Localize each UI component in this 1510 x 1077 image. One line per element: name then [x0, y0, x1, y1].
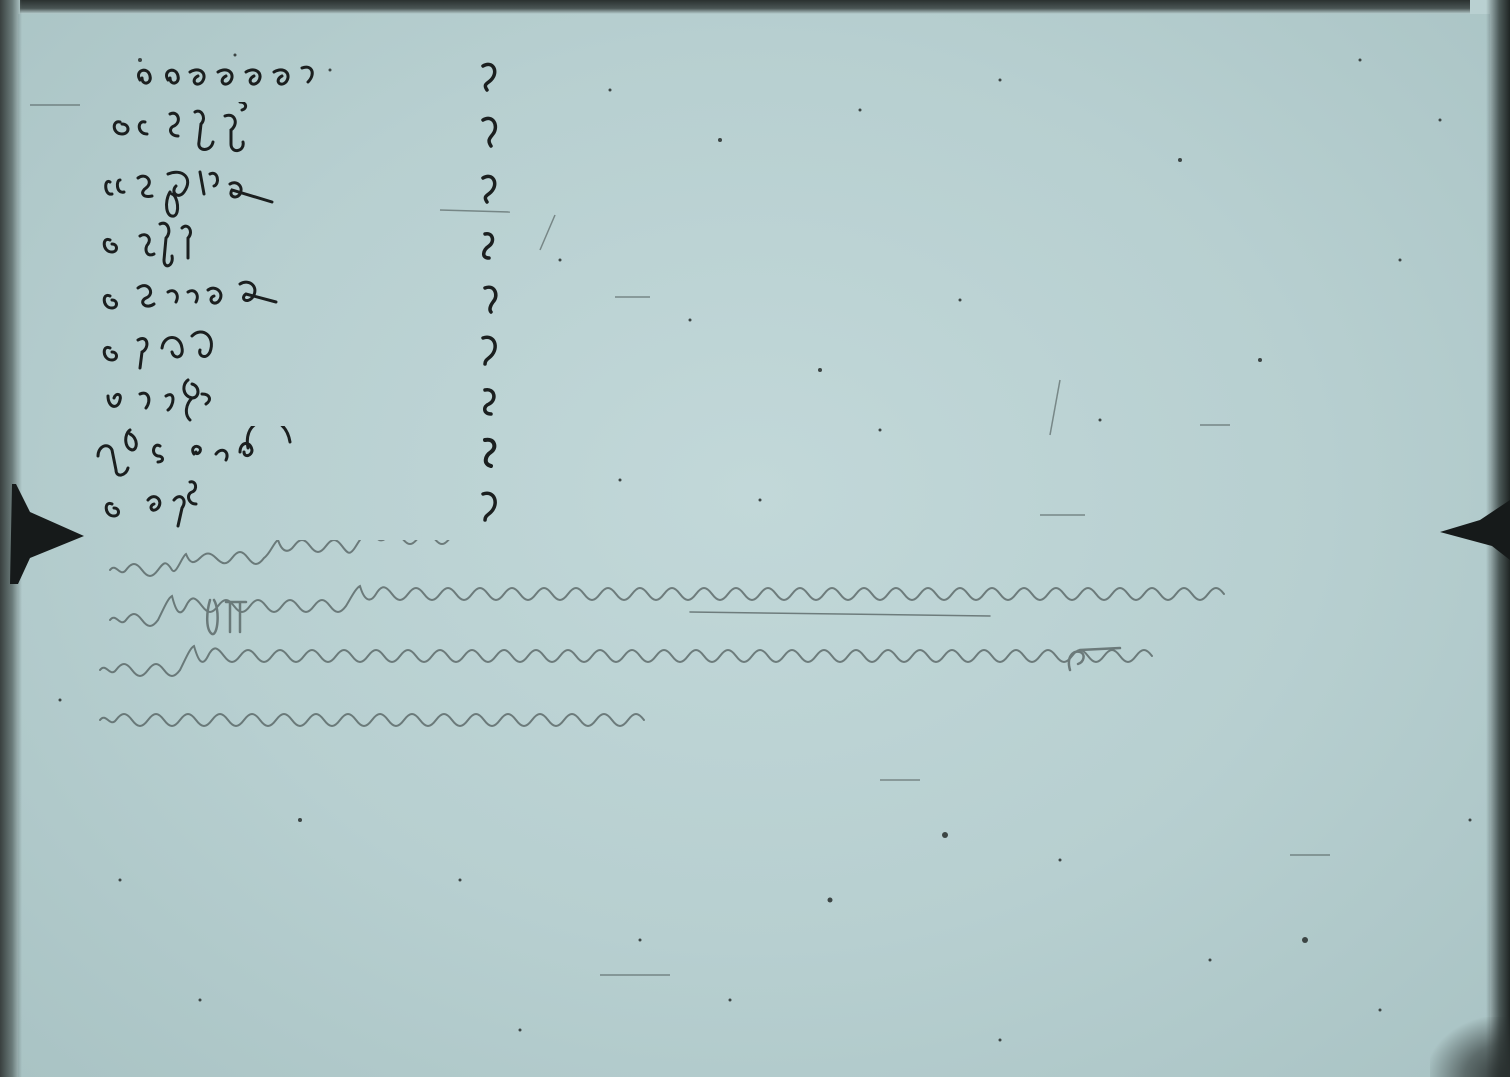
numeral-glyph-icon — [475, 330, 505, 370]
numeral-glyph-icon — [475, 382, 505, 422]
handwritten-list: Handwritten list of entries with numeral… — [80, 50, 530, 520]
numeral-glyph-icon — [475, 278, 505, 318]
list-row: handwritten entry 4 — [80, 218, 530, 270]
top-edge-shadow — [20, 0, 1470, 14]
handwritten-word — [90, 270, 330, 330]
list-row: handwritten entry 8 — [80, 426, 530, 478]
show-through-paragraph: Faint mirrored handwritten paragraph (sh… — [90, 540, 1430, 770]
handwritten-word — [90, 50, 330, 110]
list-row: handwritten entry 2 — [80, 102, 530, 154]
numeral-glyph-icon — [475, 170, 505, 210]
handwritten-word — [90, 374, 330, 434]
list-row: handwritten entry 5 — [80, 270, 530, 322]
bottom-right-corner-shadow — [1430, 1017, 1510, 1077]
list-row: handwritten entry 7 — [80, 374, 530, 426]
numeral-glyph-icon — [475, 58, 505, 98]
list-row: handwritten entry 9 — [80, 478, 530, 530]
list-row: handwritten entry 3 — [80, 162, 530, 214]
handwritten-word — [90, 322, 330, 382]
list-row: handwritten entry 1 — [80, 50, 530, 102]
numeral-glyph-icon — [475, 226, 505, 266]
faint-handwriting-lines — [90, 540, 1430, 770]
manuscript-page: Handwritten list of entries with numeral… — [0, 0, 1510, 1077]
left-tab-mark-icon — [8, 484, 88, 584]
right-tab-mark-icon — [1440, 500, 1510, 560]
list-row: handwritten entry 6 — [80, 322, 530, 374]
numeral-glyph-icon — [475, 434, 505, 474]
numeral-glyph-icon — [475, 486, 505, 526]
handwritten-word — [90, 102, 330, 162]
handwritten-word — [90, 426, 340, 486]
numeral-glyph-icon — [475, 110, 505, 150]
handwritten-word — [90, 218, 330, 278]
handwritten-word — [90, 162, 330, 222]
handwritten-word — [90, 478, 330, 538]
